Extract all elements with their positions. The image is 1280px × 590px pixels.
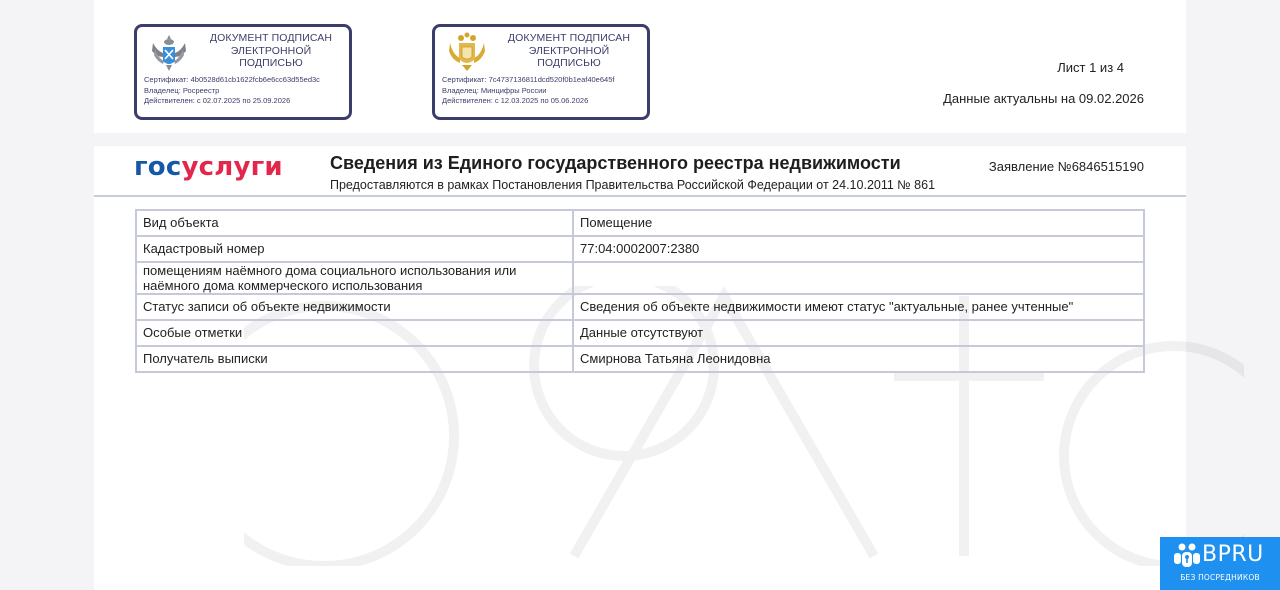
- stamp-title: ДОКУМЕНТ ПОДПИСАН ЭЛЕКТРОННОЙ ПОДПИСЬЮ: [195, 32, 347, 70]
- row-value: Сведения об объекте недвижимости имеют с…: [573, 294, 1144, 320]
- logo-part-uslugi: услуги: [181, 152, 282, 182]
- row-label: помещениям наёмного дома социального исп…: [136, 262, 573, 294]
- application-number: Заявление №6846515190: [989, 159, 1144, 174]
- table-row: Получатель выписки Смирнова Татьяна Леон…: [136, 346, 1144, 372]
- bpru-tagline: БЕЗ ПОСРЕДНИКОВ: [1160, 573, 1280, 582]
- stamp-meta: Сертификат: 4b0528d61cb1622fcb6e6cc63d55…: [144, 75, 320, 107]
- signature-stamp-rosreestr: ДОКУМЕНТ ПОДПИСАН ЭЛЕКТРОННОЙ ПОДПИСЬЮ С…: [134, 24, 352, 120]
- row-value: 77:04:0002007:2380: [573, 236, 1144, 262]
- stamp-title: ДОКУМЕНТ ПОДПИСАН ЭЛЕКТРОННОЙ ПОДПИСЬЮ: [493, 32, 645, 70]
- document-header: госуслуги Сведения из Единого государств…: [94, 146, 1186, 197]
- page-number: Лист 1 из 4: [1057, 60, 1124, 75]
- row-value: Смирнова Татьяна Леонидовна: [573, 346, 1144, 372]
- row-label: Кадастровый номер: [136, 236, 573, 262]
- data-actual-date: Данные актуальны на 09.02.2026: [943, 91, 1144, 106]
- stamp-certificate: Сертификат: 4b0528d61cb1622fcb6e6cc63d55…: [144, 75, 320, 86]
- stamp-meta: Сертификат: 7c4737136811dcd520f0b1eaf40e…: [442, 75, 614, 107]
- people-key-icon: [1172, 543, 1202, 569]
- bpru-badge[interactable]: BPRU БЕЗ ПОСРЕДНИКОВ: [1160, 537, 1280, 590]
- rosreestr-emblem-icon: [149, 31, 189, 73]
- stamp-title-line: ЭЛЕКТРОННОЙ: [195, 45, 347, 58]
- russia-coat-of-arms-icon: [447, 31, 487, 73]
- row-value: [573, 262, 1144, 294]
- table-row: Вид объекта Помещение: [136, 210, 1144, 236]
- stamp-title-line: ПОДПИСЬЮ: [493, 57, 645, 70]
- gosuslugi-logo: госуслуги: [134, 152, 283, 182]
- logo-part-gos: гос: [134, 152, 181, 182]
- stamp-certificate: Сертификат: 7c4737136811dcd520f0b1eaf40e…: [442, 75, 614, 86]
- table-row: Особые отметки Данные отсутствуют: [136, 320, 1144, 346]
- document-page-top: ДОКУМЕНТ ПОДПИСАН ЭЛЕКТРОННОЙ ПОДПИСЬЮ С…: [94, 0, 1186, 133]
- bpru-name: BPRU: [1202, 542, 1264, 567]
- table-row: Статус записи об объекте недвижимости Св…: [136, 294, 1144, 320]
- stamp-title-line: ПОДПИСЬЮ: [195, 57, 347, 70]
- row-label: Особые отметки: [136, 320, 573, 346]
- table-row: помещениям наёмного дома социального исп…: [136, 262, 1144, 294]
- row-value: Помещение: [573, 210, 1144, 236]
- stamp-validity: Действителен: с 02.07.2025 по 25.09.2026: [144, 96, 320, 107]
- table-row: Кадастровый номер 77:04:0002007:2380: [136, 236, 1144, 262]
- document-subtitle: Предоставляются в рамках Постановления П…: [330, 178, 935, 192]
- stamp-owner: Владелец: Росреестр: [144, 86, 320, 97]
- signature-stamp-mincifry: ДОКУМЕНТ ПОДПИСАН ЭЛЕКТРОННОЙ ПОДПИСЬЮ С…: [432, 24, 650, 120]
- stamp-title-line: ДОКУМЕНТ ПОДПИСАН: [493, 32, 645, 45]
- document-title: Сведения из Единого государственного рее…: [330, 153, 901, 174]
- document-page-main: госуслуги Сведения из Единого государств…: [94, 146, 1186, 590]
- stamp-owner: Владелец: Минцифры России: [442, 86, 614, 97]
- row-label: Получатель выписки: [136, 346, 573, 372]
- row-label: Вид объекта: [136, 210, 573, 236]
- stamp-validity: Действителен: с 12.03.2025 по 05.06.2026: [442, 96, 614, 107]
- stamp-title-line: ДОКУМЕНТ ПОДПИСАН: [195, 32, 347, 45]
- row-label: Статус записи об объекте недвижимости: [136, 294, 573, 320]
- property-info-table: Вид объекта Помещение Кадастровый номер …: [135, 209, 1145, 373]
- stamp-title-line: ЭЛЕКТРОННОЙ: [493, 45, 645, 58]
- row-value: Данные отсутствуют: [573, 320, 1144, 346]
